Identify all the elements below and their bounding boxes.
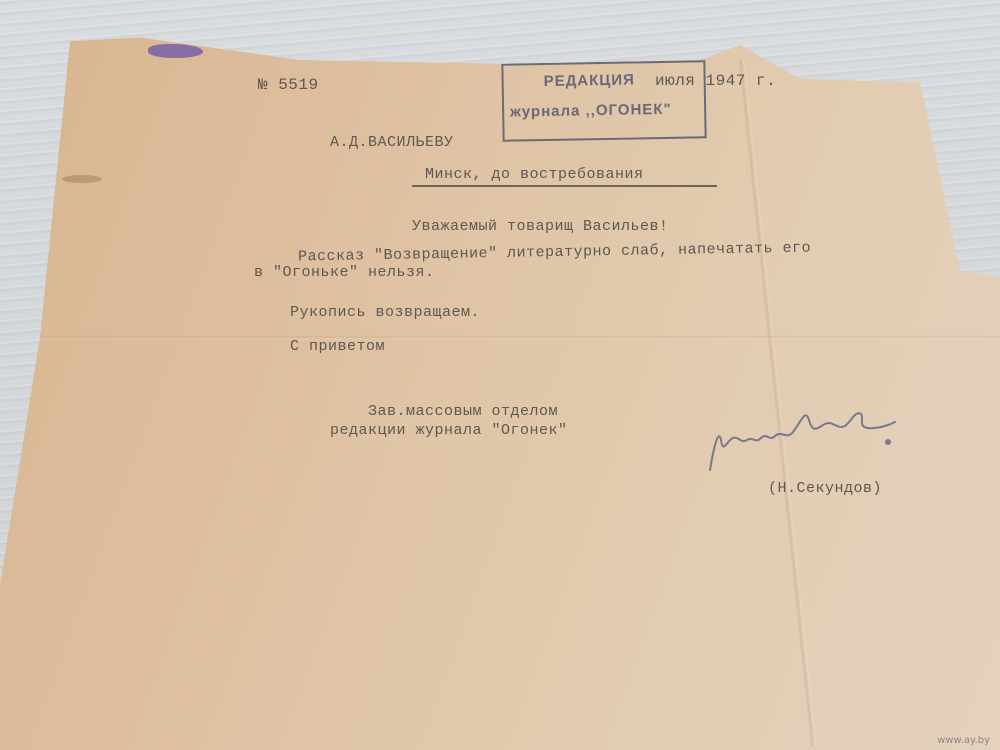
body-line-1: Рассказ "Возвращение" литературно слаб, …	[298, 240, 811, 266]
ink-blot-mark	[148, 44, 203, 58]
address-underline	[412, 185, 717, 187]
closing: С приветом	[290, 338, 385, 355]
letter-sheet: № 5519 РЕДАКЦИЯ журнала ,,ОГОНЕК" июля 1…	[0, 0, 1000, 750]
watermark: www.ay.by	[937, 735, 990, 746]
body-line-2: в "Огоньке" нельзя.	[254, 264, 435, 281]
stamp-line-1: РЕДАКЦИЯ	[544, 71, 635, 90]
paper-fold-horizontal	[0, 335, 1000, 341]
stamp-line-2: журнала ,,ОГОНЕК"	[510, 101, 672, 121]
signatory-title-line-2: редакции журнала "Огонек"	[330, 422, 568, 439]
body-line-3: Рукопись возвращаем.	[290, 304, 480, 321]
handwritten-signature	[705, 400, 905, 480]
signature-name: (Н.Секундов)	[768, 480, 882, 497]
document-date: июля 1947 г.	[655, 72, 776, 90]
recipient-address: Минск, до востребования	[425, 166, 644, 183]
recipient-name: А.Д.ВАСИЛЬЕВУ	[330, 134, 454, 151]
salutation: Уважаемый товарищ Васильев!	[412, 218, 669, 235]
document-number: № 5519	[258, 76, 319, 94]
paper-tear-mark	[62, 175, 102, 183]
signatory-title-line-1: Зав.массовым отделом	[368, 403, 558, 420]
